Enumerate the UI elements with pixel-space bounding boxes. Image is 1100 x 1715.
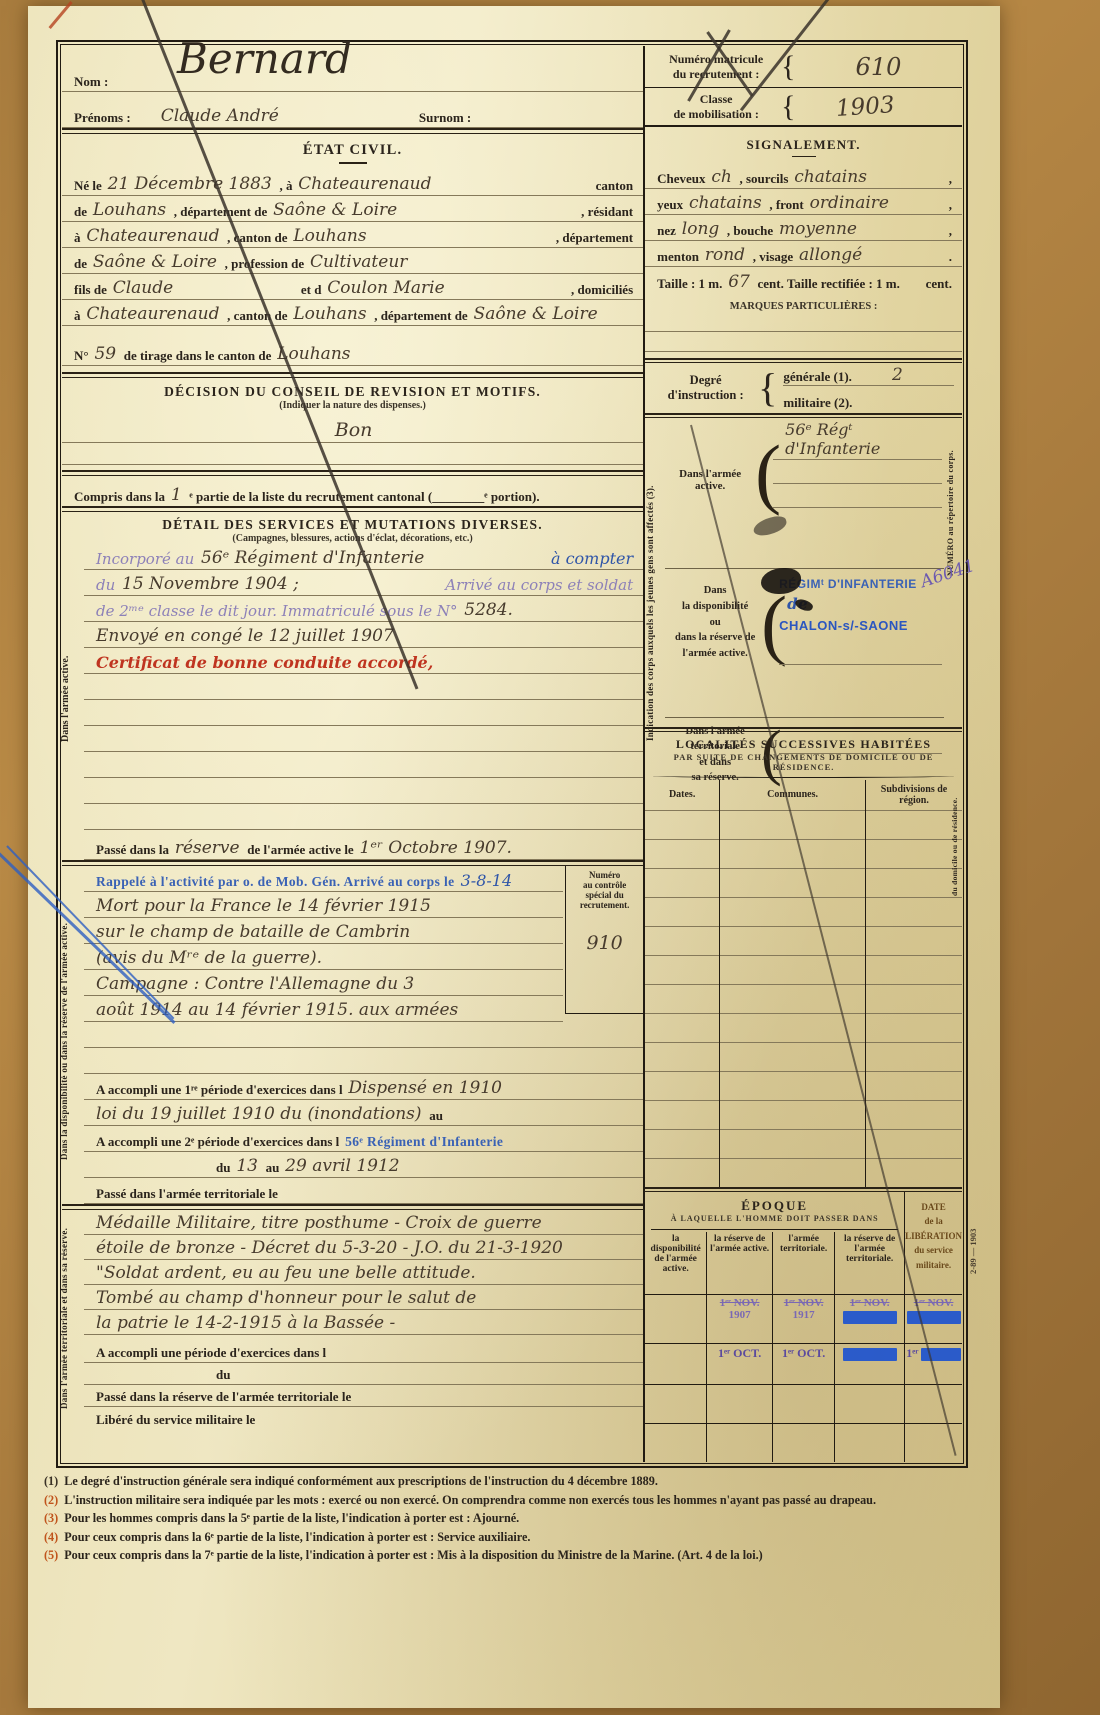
epoque-subtitle: À LAQUELLE L'HOMME DOIT PASSER DANS [645,1214,904,1223]
text-segment: , bouche [727,223,773,239]
localites-row [645,926,962,955]
text-segment: canton [596,178,634,194]
localites-col-dates: Dates. [645,780,720,810]
service-line: du15 Novembre 1904 ;Arrivé au corps et s… [84,570,643,596]
epoque-block: ÉPOQUE À LAQUELLE L'HOMME DOIT PASSER DA… [645,1192,962,1462]
text-segment: de l'armée active le [247,842,353,858]
footnote-number: (4) [44,1530,58,1546]
corps-box: Indication des corps auxquels les jeunes… [645,418,962,727]
name-row: Nom : Bernard [62,46,643,92]
text-segment: et d [301,282,322,298]
stamp-1er-oct: 1ᵉʳ OCT. [774,1346,833,1361]
localites-row [645,1100,962,1129]
numero-controle-box: Numéro au contrôle spécial du recrutemen… [565,866,643,1014]
signalement-title: SIGNALEMENT. [645,137,962,153]
text-segment: loi du 19 juillet 1910 du (inondations) [96,1104,422,1124]
brace: { [758,368,777,408]
epoque-cell [773,1423,835,1462]
localites-row [645,810,962,839]
ncl-line: spécial du [566,890,643,900]
text-segment: , [949,223,952,239]
corps-r1-label: Dans l'armée active. [667,468,753,492]
text-segment: 1ᵉʳ Octobre 1907. [360,838,512,858]
footnote: (1) Le degré d'instruction générale sera… [44,1474,964,1490]
empty-line [84,1048,643,1074]
datelib-line: militaire. [905,1258,962,1272]
epoque-cell [905,1384,962,1423]
footnote: (3) Pour les hommes compris dans la 5ᵉ p… [44,1511,964,1527]
periode-line: A accompli une 2ᵉ période d'exercices da… [84,1126,643,1152]
stamp-1er-nov: 1ᵉʳ NOV. [774,1297,833,1309]
terr-line: du [84,1363,643,1385]
epoque-cell: 1ᵉʳ NOV. [905,1294,962,1343]
surname-label: Surnom : [419,110,471,126]
territoriale-block: Dans l'armée territoriale et dans sa rés… [62,1210,643,1462]
right-column: Numéro matricule du recrutement : { 610 … [645,46,962,1462]
text-segment: Chateaurenaud [86,226,219,246]
localites-block: LOCALITÉS SUCCESSIVES HABITÉES PAR SUITE… [645,732,962,1187]
terr-b3: Passé dans la réserve de l'armée territo… [96,1389,351,1405]
text-segment: , département [556,230,633,246]
stamp-1er-nov: 1ᵉʳ NOV. [836,1297,903,1309]
localites-row [645,1013,962,1042]
divider [62,506,643,512]
instruction-label: Degré [653,373,758,388]
text-segment: , [949,171,952,187]
text-segment: ordinaire [810,193,889,213]
text-segment: sur le champ de bataille de Cambrin [96,922,410,942]
text-segment: 56ᵉ Régiment d'Infanterie [201,548,424,568]
text-segment: , à [279,178,292,194]
terr-b4: Libéré du service militaire le [96,1412,255,1428]
text-segment: Louhans [277,344,350,364]
ncl-line: Numéro [566,870,643,880]
civil-line: fils deClaudeet dCoulon Marie, domicilié… [62,274,643,300]
corps-r2-label: la disponibilité [667,599,763,615]
blue-redaction-bar [907,1311,961,1324]
text-segment: de tirage dans le canton de [124,348,272,364]
text-segment: , canton de [227,308,287,324]
numero-controle-value: 910 [566,932,643,954]
localites-row [645,1129,962,1158]
text-segment: à [74,230,81,246]
empty-line [773,460,942,484]
services-block: Dans l'armée active. Incorporé au56ᵉ Rég… [62,544,643,860]
text-segment: 13 [236,1156,258,1176]
text-segment: , [949,197,952,213]
mort-line: Mort pour la France le 14 février 1915 [84,892,563,918]
instruction-generale-label: générale (1). [783,369,852,385]
localites-col-subdivisions: Subdivisions de région. [866,780,963,810]
ncl-line: recrutement. [566,900,643,910]
text-segment: Taille : 1 m. [657,276,722,292]
empty-line [779,641,942,665]
service-line: Certificat de bonne conduite accordé, [84,648,643,674]
tirage-line: N°59de tirage dans le canton deLouhans [62,336,643,366]
civil-line: Né le21 Décembre 1883, àChateaurenaudcan… [62,170,643,196]
text-segment: Louhans [293,226,366,246]
text-segment: Compris dans la [74,489,165,505]
signalement-row: mentonrond, visageallongé. [645,241,962,267]
empty-line [645,332,962,352]
blue-redaction-bar [843,1348,897,1361]
text-segment: 1 [171,485,182,505]
text-segment: 21 Décembre 1883 [108,174,272,194]
mort-line: sur le champ de bataille de Cambrin [84,918,563,944]
service-line: de 2ᵐᵉ classe le dit jour. Immatriculé s… [84,596,643,622]
text-segment: , département de [374,308,468,324]
periode-line: loi du 19 juillet 1910 du (inondations)a… [84,1100,643,1126]
terr-line: Libéré du service militaire le [84,1407,643,1429]
text-segment: Coulon Marie [327,278,444,298]
instruction-label2: d'instruction : [653,388,758,403]
footnote-number: (3) [44,1511,58,1527]
text-segment: Passé dans la [96,842,169,858]
localites-subtitle: PAR SUITE DE CHANGEMENTS DE DOMICILE OU … [645,752,962,772]
civil-line: àChateaurenaud, canton deLouhans, départ… [62,222,643,248]
footnote: (5) Pour ceux compris dans la 7ᵉ partie … [44,1548,964,1564]
text-segment: Louhans [293,304,366,324]
epoque-cell: 1ᵉʳ NOV. [835,1294,905,1343]
stamp-1907: 1907 [708,1309,771,1321]
text-segment: Cheveux [657,171,705,187]
text-segment: cent. [926,276,952,292]
localites-col-communes: Communes. [720,780,866,810]
text-segment: Médaille Militaire, titre posthume - Cro… [96,1213,542,1233]
empty-line [84,726,643,752]
signalement-row: nezlong, bouchemoyenne, [645,215,962,241]
text-segment: Envoyé en congé le 12 juillet 1907 [96,626,394,646]
text-segment: moyenne [779,219,857,239]
empty-line [84,804,643,830]
datelib-line: de la [905,1214,962,1228]
footnote-text: Pour ceux compris dans la 6ᵉ partie de l… [64,1530,530,1546]
stamp-1917: 1917 [774,1309,833,1321]
localites-row [645,1158,962,1187]
text-segment: Incorporé au [96,550,194,568]
text-segment: 59 [94,344,116,364]
footnote: (4) Pour ceux compris dans la 6ᵉ partie … [44,1530,964,1546]
footnote-number: (2) [44,1493,58,1509]
civil-line: deSaône & Loire, profession deCultivateu… [62,248,643,274]
instruction-box: Degré d'instruction : { générale (1). 2 … [645,363,962,412]
text-segment: "Soldat ardent, eu au feu une belle atti… [96,1263,476,1283]
text-segment: menton [657,249,699,265]
wavy-rule [653,774,954,778]
text-segment: de 2ᵐᵉ classe le dit jour. Immatriculé s… [96,602,458,620]
left-column: Nom : Bernard Prénoms : Claude André Sur… [62,46,645,1462]
localites-edge-label: du domicile ou de résidence. [950,772,963,922]
localites-row [645,984,962,1013]
citation-line: "Soldat ardent, eu au feu une belle atti… [84,1260,643,1285]
text-segment: Saône & Loire [273,200,397,220]
text-segment: A accompli une 2ᵉ période d'exercices da… [96,1134,339,1150]
decision-subtitle: (Indiquer la nature des dispenses.) [62,400,643,411]
text-segment: ch [711,167,731,187]
text-segment: du [216,1160,230,1176]
blue-redaction-bar [843,1311,897,1324]
text-segment: yeux [657,197,683,213]
text-segment: de [74,256,87,272]
text-segment: au [266,1160,280,1176]
footnote-text: L'instruction militaire sera indiquée pa… [64,1493,876,1509]
text-segment: Saône & Loire [93,252,217,272]
epoque-title: ÉPOQUE [645,1198,904,1214]
epoque-cell [645,1294,707,1343]
text-segment: Cultivateur [310,252,407,272]
periode-line: du13au29 avril 1912 [84,1152,643,1178]
name-label: Nom : [74,74,108,90]
text-segment: à [74,308,81,324]
text-segment: , profession de [225,256,305,272]
stamp-line2: CHALON-s/-SAONE [779,616,942,636]
text-segment: , résidant [581,204,633,220]
localites-row [645,955,962,984]
text-segment: , département de [174,204,268,220]
empty-line [84,778,643,804]
text-segment: A accompli une 1ʳᵉ période d'exercices d… [96,1082,343,1098]
brace: { [781,92,795,122]
localites-row [645,868,962,897]
instruction-generale-value: 2 [892,365,903,385]
decision-title: DÉCISION DU CONSEIL DE REVISION ET MOTIF… [62,384,643,400]
text-segment: N° [74,348,89,364]
epoque-cell: 1ᵉʳ OCT. [773,1343,835,1384]
edge-print-mark: 2-89 — 1903 [968,1186,978,1316]
paper-sheet: Nom : Bernard Prénoms : Claude André Sur… [28,6,1000,1708]
empty-line [773,484,942,508]
empty-line [84,752,643,778]
epoque-cell [707,1384,773,1423]
text-segment: la patrie le 14-2-1915 à la Bassée - [96,1313,395,1333]
epoque-col3: l'armée territoriale. [773,1232,835,1294]
text-segment: rond [705,245,745,265]
text-segment: . [949,249,952,265]
text-segment: allongé [799,245,862,265]
stamp-1er: 1ᵉʳ [906,1346,918,1360]
text-segment: Saône & Loire [474,304,598,324]
empty-line [779,665,942,689]
taille-row: Taille : 1 m.67cent. Taille rectifiée : … [645,267,962,293]
corps-r1-value-line: 56ᵉ Régᵗ d'Infanterie [773,420,942,460]
title-dash [339,162,367,164]
terr-line: Passé dans la réserve de l'armée territo… [84,1385,643,1407]
firstnames-label: Prénoms : [74,110,131,126]
matricule-box: Numéro matricule du recrutement : { 610 [645,46,962,88]
epoque-cell: 1ᵉʳ [905,1343,962,1384]
epoque-col2: la réserve de l'armée active. [707,1232,773,1294]
compris-line: Compris dans la1ᵉ partie de la liste du … [62,476,643,506]
text-segment: , visage [753,249,793,265]
text-segment: 67 [728,272,750,292]
wavy-rule [651,1225,898,1230]
text-segment: , sourcils [740,171,789,187]
classe-label2: de mobilisation : [651,107,781,122]
matricule-value: 610 [856,53,902,81]
footer-notes: (1) Le degré d'instruction générale sera… [44,1474,964,1567]
firstnames-value: Claude André [161,106,279,126]
text-segment: 3-8-14 [461,871,513,890]
epoque-cell [773,1384,835,1423]
text-segment: Chateaurenaud [298,174,431,194]
footnote-text: Pour ceux compris dans la 7ᵉ partie de l… [64,1548,763,1564]
text-segment: Certificat de bonne conduite accordé, [96,653,433,672]
divider [62,128,643,134]
epoque-cell [835,1384,905,1423]
services-side-label: Dans l'armée active. [60,574,71,824]
text-segment: , front [769,197,803,213]
scanned-military-record: { "identity": { "nom_label": "Nom :", "n… [0,0,1100,1715]
periode-line: Passé dans l'armée territoriale le [84,1178,643,1204]
terr-b1: A accompli une période d'exercices dans … [96,1345,326,1361]
text-segment: chatains [794,167,867,187]
citation-line: étoile de bronze - Décret du 5-3-20 - J.… [84,1235,643,1260]
footnote: (2) L'instruction militaire sera indiqué… [44,1493,964,1509]
text-segment: Arrivé au corps et soldat [445,576,633,594]
empty-line [84,700,643,726]
epoque-cell [835,1343,905,1384]
mort-line: (avis du Mʳᵉ de la guerre). [84,944,563,970]
localites-title: LOCALITÉS SUCCESSIVES HABITÉES [645,737,962,752]
empty-line [84,1022,643,1048]
corps-r2-label: Dans [667,583,763,599]
reserve-transfer-line: Passé dans laréservede l'armée active le… [84,830,643,860]
text-segment: Mort pour la France le 14 février 1915 [96,896,431,916]
citation-line: Tombé au champ d'honneur pour le salut d… [84,1285,643,1310]
text-segment: de [74,204,87,220]
title-dash [792,156,816,157]
disponibilite-block: Dans la disponibilité ou dans la réserve… [62,866,643,1204]
text-segment: 15 Novembre 1904 ; [122,574,299,594]
epoque-cell [645,1343,707,1384]
text-segment: chatains [689,193,762,213]
localites-row [645,1071,962,1100]
text-segment: réserve [175,838,240,858]
text-segment: long [682,219,720,239]
text-segment: 29 avril 1912 [285,1156,399,1176]
localites-row [645,1042,962,1071]
service-line: Envoyé en congé le 12 juillet 1907 [84,622,643,648]
footnote-number: (1) [44,1474,58,1490]
localites-table: Dates. Communes. Subdivisions de région. [645,780,962,1187]
rappel-line: Rappelé à l'activité par o. de Mob. Gén.… [84,866,563,892]
datelib-line: LIBÉRATION [905,1229,962,1243]
text-segment: 5284. [464,600,513,620]
civil-line: deLouhans, département deSaône & Loire, … [62,196,643,222]
terr-line: A accompli une période d'exercices dans … [84,1339,643,1363]
text-segment: (avis du Mʳᵉ de la guerre). [96,948,322,968]
epoque-cell: 1ᵉʳ NOV. 1907 [707,1294,773,1343]
decision-value-line: Bon [62,411,643,443]
text-segment: août 1914 au 14 février 1915. aux armées [96,1000,458,1020]
text-segment: Louhans [93,200,166,220]
terr-b2: du [216,1367,230,1383]
text-segment: Passé dans l'armée territoriale le [96,1186,278,1202]
epoque-col4: la réserve de l'armée territoriale. [835,1232,904,1294]
form-frame: Nom : Bernard Prénoms : Claude André Sur… [56,40,968,1468]
epoque-cell: 1ᵉʳ OCT. [707,1343,773,1384]
text-segment: Dispensé en 1910 [348,1078,502,1098]
decision-value: Bon [335,419,373,441]
epoque-col1: la disponibilité de l'armée active. [645,1232,707,1294]
text-segment: Tombé au champ d'honneur pour le salut d… [96,1288,476,1308]
instruction-militaire-label: militaire (2). [783,395,852,410]
stamp-1er-oct: 1ᵉʳ OCT. [708,1346,771,1361]
datelib-line: DATE [905,1200,962,1214]
corps-r2-label: dans la réserve de [667,630,763,646]
services-subtitle: (Campagnes, blessures, actions d'éclat, … [62,533,643,544]
epoque-cell [645,1423,707,1462]
text-segment: au [429,1108,443,1124]
text-segment: nez [657,223,676,239]
citation-line: Médaille Militaire, titre posthume - Cro… [84,1210,643,1235]
empty-line [773,508,942,532]
signalement-row: Cheveuxch, sourcilschatains, [645,163,962,189]
civil-line: àChateaurenaud, canton deLouhans, départ… [62,300,643,326]
text-segment: 56ᵉ Régiment d'Infanterie [345,1134,503,1150]
epoque-cell: 1ᵉʳ NOV. 1917 [773,1294,835,1343]
citation-line: la patrie le 14-2-1915 à la Bassée - [84,1310,643,1335]
footnote-text: Le degré d'instruction générale sera ind… [64,1474,658,1490]
text-segment: étoile de bronze - Décret du 5-3-20 - J.… [96,1238,563,1258]
classe-value: 1903 [835,92,895,122]
signalement-row: yeuxchatains, frontordinaire, [645,189,962,215]
corps-r1-value: 56ᵉ Régᵗ d'Infanterie [785,420,932,458]
empty-line [62,443,643,465]
text-segment: Né le [74,178,102,194]
corps-r2-label: ou [667,615,763,631]
epoque-liberation-header: DATE de la LIBÉRATION du service militai… [905,1192,962,1294]
divider [62,372,643,378]
footnote-text: Pour les hommes compris dans la 5ᵉ parti… [64,1511,519,1527]
text-segment: à compter [551,549,633,568]
name-value: Bernard [177,34,352,83]
text-segment: ᵉ partie de la liste du recrutement cant… [189,489,539,505]
epoque-cell [707,1423,773,1462]
epoque-cell [645,1384,707,1423]
classe-label: Classe [651,92,781,107]
empty-line [84,674,643,700]
text-segment: du [96,576,115,594]
text-segment: fils de [74,282,107,298]
marques-label: MARQUES PARTICULIÈRES : [645,301,962,312]
campagne-line: Campagne : Contre l'Allemagne du 3 [84,970,563,996]
text-segment: Claude [113,278,173,298]
stamp-1er-nov: 1ᵉʳ NOV. [708,1297,771,1309]
firstname-row: Prénoms : Claude André Surnom : [62,92,643,128]
ncl-line: au contrôle [566,880,643,890]
footnote-number: (5) [44,1548,58,1564]
text-segment: cent. Taille rectifiée : 1 m. [758,276,900,292]
text-segment: Rappelé à l'activité par o. de Mob. Gén.… [96,874,455,890]
corps-disponibilite: Dans la disponibilité ou dans la réserve… [665,569,944,718]
periode-line: A accompli une 1ʳᵉ période d'exercices d… [84,1074,643,1100]
localites-row [645,897,962,926]
territoriale-side-label: Dans l'armée territoriale et dans sa rés… [59,1218,79,1418]
epoque-cell [835,1423,905,1462]
etat-civil-title: ÉTAT CIVIL. [62,142,643,159]
empty-line [645,312,962,332]
datelib-line: du service [905,1243,962,1257]
text-segment: Chateaurenaud [86,304,219,324]
text-segment: , domiciliés [571,282,633,298]
